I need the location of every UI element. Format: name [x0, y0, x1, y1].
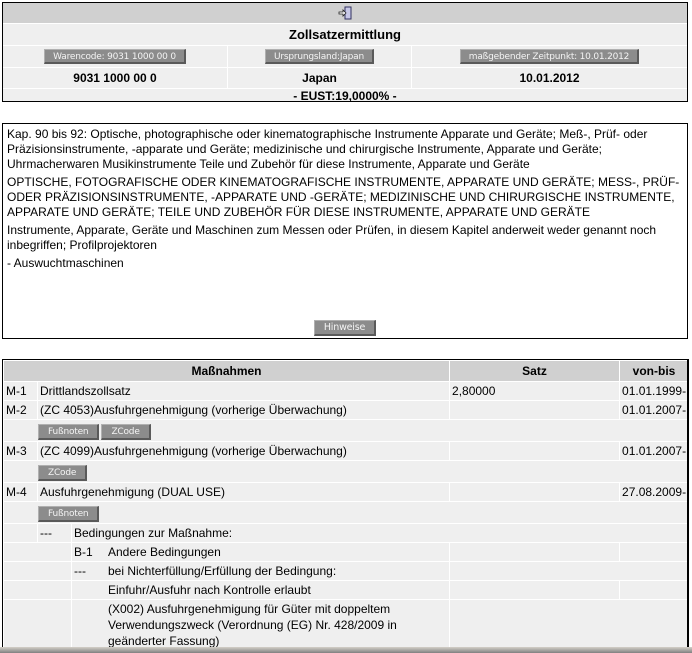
condition-text: Andere Bedingungen	[108, 545, 221, 559]
measure-satz	[450, 401, 620, 420]
zeitpunkt-button[interactable]: maßgebender Zeitpunkt: 10.01.2012	[460, 49, 639, 64]
measures-table: Maßnahmen Satz von-bis M-1 Drittlandszol…	[2, 359, 689, 653]
measure-code: M-3	[4, 442, 38, 461]
table-header-row: Maßnahmen Satz von-bis	[4, 361, 689, 382]
zcode-button[interactable]: ZCode	[101, 424, 150, 440]
zeitpunkt-value: 10.01.2012	[412, 68, 687, 88]
measure-code: M-4	[4, 483, 38, 502]
subheading-description: Instrumente, Apparate, Geräte und Maschi…	[7, 223, 683, 253]
measure-satz: 2,80000	[450, 382, 620, 401]
condition-row: (X002) Ausfuhrgenehmigung für Güter mit …	[4, 600, 689, 650]
condition-result-2: (X002) Ausfuhrgenehmigung für Güter mit …	[108, 602, 397, 648]
condition-marker: ---	[38, 524, 72, 543]
measure-button-row: FußnotenZCode	[4, 420, 689, 442]
window-bottom-edge	[0, 647, 692, 653]
condition-header: Bedingungen zur Maßnahme:	[72, 524, 689, 543]
hinweise-button[interactable]: Hinweise	[314, 320, 376, 336]
column-header-von-bis: von-bis	[620, 361, 689, 382]
measure-button-row: ZCode	[4, 461, 689, 483]
chapter-description: Kap. 90 bis 92: Optische, photographisch…	[7, 127, 683, 172]
condition-row: Einfuhr/Ausfuhr nach Kontrolle erlaubt	[4, 581, 689, 600]
eust-rate: - EUST:19,0000% -	[3, 89, 687, 104]
measure-text: (ZC 4099)Ausfuhrgenehmigung (vorherige Ü…	[38, 442, 450, 461]
table-row: M-4 Ausfuhrgenehmigung (DUAL USE) 27.08.…	[4, 483, 689, 502]
fussnoten-button[interactable]: Fußnoten	[38, 424, 99, 440]
header-button-row: Warencode: 9031 1000 00 0 Ursprungsland:…	[3, 46, 687, 68]
measure-code: M-2	[4, 401, 38, 420]
condition-sub-marker: ---	[74, 562, 108, 580]
measure-code: M-1	[4, 382, 38, 401]
measure-text: (ZC 4053)Ausfuhrgenehmigung (vorherige Ü…	[38, 401, 450, 420]
exit-door-icon[interactable]	[338, 6, 352, 20]
header-icon-row	[3, 3, 687, 24]
column-header-massnahmen: Maßnahmen	[4, 361, 450, 382]
measure-satz	[450, 483, 620, 502]
warencode-value: 9031 1000 00 0	[3, 68, 228, 88]
table-row: M-2 (ZC 4053)Ausfuhrgenehmigung (vorheri…	[4, 401, 689, 420]
table-row: M-1 Drittlandszollsatz 2,80000 01.01.199…	[4, 382, 689, 401]
ursprungsland-button[interactable]: Ursprungsland:Japan	[265, 49, 374, 64]
warencode-button[interactable]: Warencode: 9031 1000 00 0	[44, 49, 186, 64]
measure-text: Drittlandszollsatz	[38, 382, 450, 401]
condition-result-1: Einfuhr/Ausfuhr nach Kontrolle erlaubt	[108, 583, 311, 597]
measure-date: 01.01.2007-	[620, 401, 689, 420]
zcode-button[interactable]: ZCode	[38, 465, 87, 481]
header-panel: Zollsatzermittlung Warencode: 9031 1000 …	[2, 2, 688, 102]
ursprungsland-value: Japan	[228, 68, 412, 88]
table-row: M-3 (ZC 4099)Ausfuhrgenehmigung (vorheri…	[4, 442, 689, 461]
header-value-row: 9031 1000 00 0 Japan 10.01.2012	[3, 68, 687, 89]
condition-header-row: --- Bedingungen zur Maßnahme:	[4, 524, 689, 543]
description-panel: Kap. 90 bis 92: Optische, photographisch…	[2, 123, 688, 339]
item-description: - Auswuchtmaschinen	[7, 256, 683, 271]
measure-satz	[450, 442, 620, 461]
measure-date: 27.08.2009-	[620, 483, 689, 502]
column-header-satz: Satz	[450, 361, 620, 382]
measure-button-row: Fußnoten	[4, 502, 689, 524]
measure-text: Ausfuhrgenehmigung (DUAL USE)	[38, 483, 450, 502]
fussnoten-button[interactable]: Fußnoten	[38, 506, 99, 522]
condition-row: B-1Andere Bedingungen	[4, 543, 689, 562]
condition-sub-text: bei Nichterfüllung/Erfüllung der Bedingu…	[108, 564, 336, 578]
measure-date: 01.01.2007-	[620, 442, 689, 461]
measure-date: 01.01.1999-	[620, 382, 689, 401]
condition-code: B-1	[74, 543, 108, 561]
page-title: Zollsatzermittlung	[3, 24, 687, 46]
condition-row: ---bei Nichterfüllung/Erfüllung der Bedi…	[4, 562, 689, 581]
heading-description: OPTISCHE, FOTOGRAFISCHE ODER KINEMATOGRA…	[7, 175, 683, 220]
